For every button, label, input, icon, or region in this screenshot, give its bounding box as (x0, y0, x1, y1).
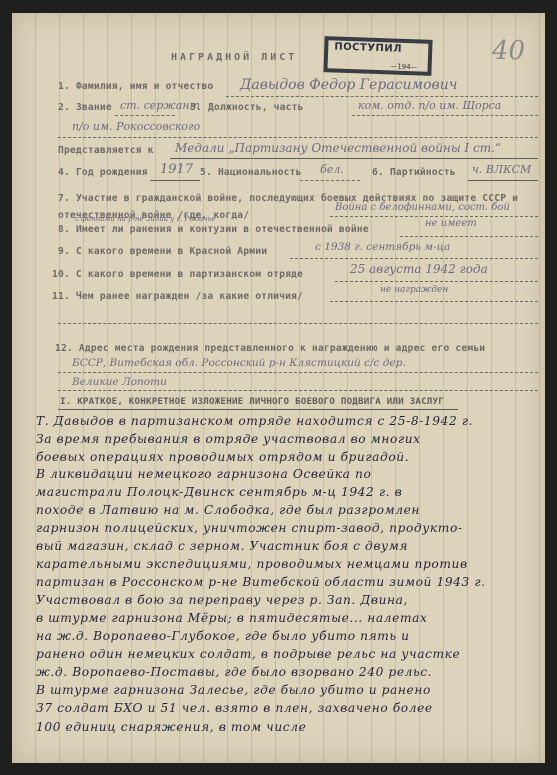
award-represented-label: Представляется к (58, 145, 154, 156)
field-12-label: 12. Адрес места рождения представленного… (55, 343, 485, 354)
narrative-line: походе в Латвию на м. Слободка, где был … (36, 503, 420, 517)
blank-line (58, 323, 538, 324)
field-1-value: Давыдов Федор Герасимович (240, 77, 457, 93)
field-3-label: 3. Должность, часть (190, 102, 304, 113)
field-6-label: 6. Партийность (372, 167, 456, 178)
award-line (170, 158, 538, 159)
field-11-label: 11. Чем ранее награжден /за какие отличи… (52, 291, 303, 302)
field-7-line (330, 216, 538, 217)
field-4-value: 1917 (160, 162, 193, 177)
field-2-label: 2. Звание (58, 102, 112, 113)
narrative-line: магистрали Полоцк-Двинск сентябрь м-ц 19… (36, 485, 402, 499)
stamp-year: —194— (390, 62, 418, 71)
field-12-line-cont (58, 390, 538, 391)
field-10-value: 25 августа 1942 года (350, 262, 488, 276)
field-4-line (150, 180, 200, 181)
section-heading: I. КРАТКОЕ, КОНКРЕТНОЕ ИЗЛОЖЕНИЕ ЛИЧНОГО… (60, 396, 444, 407)
field-10-line (335, 281, 538, 282)
field-7-value: Война с белофиннами, сост. бой (335, 202, 510, 213)
field-5-value: бел. (320, 163, 344, 176)
field-11-line (330, 301, 538, 302)
field-9-value: с 1938 г. сентябрь м-ца (315, 241, 450, 253)
narrative-line: В ликвидации немецкого гарнизона Освейка… (36, 467, 371, 481)
narrative-line: В штурме гарнизона Залесье, где было уби… (36, 683, 431, 697)
field-7-value-cont: с финнами на р-не Зилик у г. Рыбачье (75, 215, 216, 223)
stamp-text: ПОСТУПИЛ (334, 41, 402, 54)
field-11-value: не награжден (380, 285, 448, 295)
narrative-line: ранено один немецких солдат, в подрыве р… (36, 647, 460, 661)
field-6-line (468, 180, 538, 181)
field-12-value: БССР, Витебская обл. Россонский р-н Кляс… (72, 357, 406, 369)
narrative-line: вый магазин, склад с зерном. Участник бо… (36, 539, 408, 553)
field-6-value: ч. ВЛКСМ (472, 163, 531, 176)
field-3-value: ком. отд. п/о им. Щорса (358, 99, 501, 112)
field-10-label: 10. С какого времени в партизанском отря… (52, 269, 303, 280)
narrative-line: в штурме гарнизона Мёры; в пятидесятые..… (36, 611, 427, 625)
field-3-value-cont: п/о им. Рокоссовского (72, 120, 200, 133)
narrative-line: гарнизон полицейских, уничтожен спирт-за… (36, 521, 463, 535)
award-represented-value: Медали „Партизану Отечественной войны I … (175, 141, 501, 155)
narrative-line: ж.д. Воропаево-Поставы, где было взорван… (36, 665, 432, 679)
narrative-line: боевых операциях проводимых отрядом и бр… (36, 450, 409, 464)
archive-folio-number: 40 (492, 36, 525, 66)
field-12-line (58, 372, 538, 373)
field-3-line (352, 115, 538, 116)
field-1-line (226, 96, 538, 97)
narrative-line: на ж.д. Воропаево-Глубокое, где было уби… (36, 629, 410, 643)
field-2-line (115, 115, 175, 116)
field-8-line (400, 236, 538, 237)
field-4-label: 4. Год рождения (58, 167, 148, 178)
narrative-line: Участвовал в бою за переправу через р. З… (36, 593, 408, 607)
field-9-label: 9. С какого времени в Красной Армии (58, 246, 267, 257)
field-5-line (300, 180, 360, 181)
field-5-label: 5. Национальность (200, 167, 302, 178)
narrative-line: 37 солдат БХО и 51 чел. взято в плен, за… (36, 701, 433, 715)
narrative-line: карательными экспедициями, проводимых не… (36, 557, 468, 571)
section-heading-underline (58, 409, 458, 410)
narrative-line: 100 единиц снаряжения, в том числе (36, 720, 306, 734)
field-3-line-cont (58, 137, 538, 138)
field-8-label: 8. Имеет ли ранения и контузии в отечест… (58, 224, 369, 235)
field-12-value-cont: Великие Лопоти (72, 376, 167, 388)
field-2-value: ст. сержант (120, 99, 200, 112)
narrative-line: Т. Давыдов в партизанском отряде находит… (36, 414, 473, 428)
document-title: НАГРАДНОЙ ЛИСТ (171, 52, 297, 63)
field-1-label: 1. Фамилия, имя и отчество (58, 81, 213, 92)
narrative-line: За время пребывания в отряде участвовал … (36, 432, 421, 446)
field-8-value: не имеет (425, 218, 477, 229)
field-9-line (290, 258, 538, 259)
received-stamp: ПОСТУПИЛ —194— (323, 36, 432, 76)
narrative-line: партизан в Россонском р-не Витебской обл… (36, 575, 486, 589)
